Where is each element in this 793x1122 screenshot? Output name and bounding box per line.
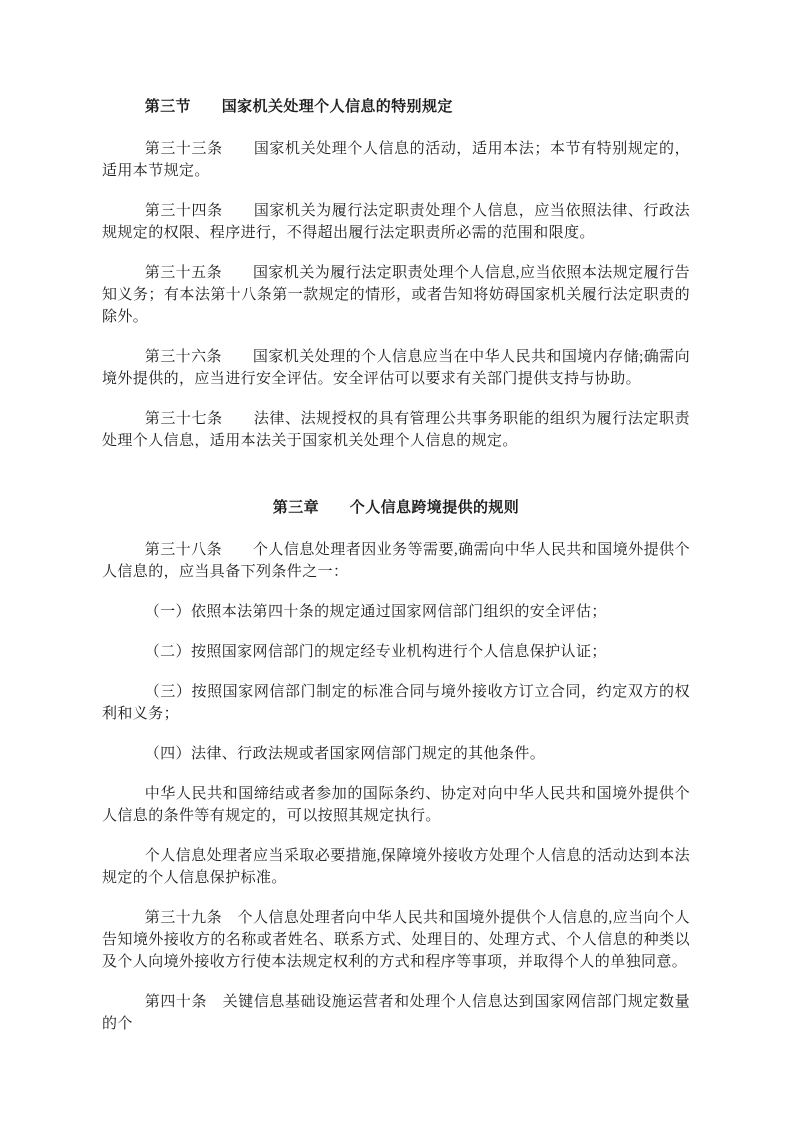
article-37: 第三十七条 法律、法规授权的具有管理公共事务职能的组织为履行法定职责处理个人信息… [102, 408, 690, 452]
article-36: 第三十六条 国家机关处理的个人信息应当在中华人民共和国境内存储;确需向境外提供的… [102, 346, 690, 390]
article-38-item-3: （三）按照国家网信部门制定的标准合同与境外接收方订立合同，约定双方的权利和义务； [102, 681, 690, 725]
document-page: 第三节 国家机关处理个人信息的特别规定 第三十三条 国家机关处理个人信息的活动，… [0, 0, 793, 1122]
article-34: 第三十四条 国家机关为履行法定职责处理个人信息，应当依照法律、行政法规规定的权限… [102, 200, 690, 244]
article-39: 第三十九条 个人信息处理者向中华人民共和国境外提供个人信息的,应当向个人告知境外… [102, 907, 690, 973]
article-38-paragraph-2: 中华人民共和国缔结或者参加的国际条约、协定对向中华人民共和国境外提供个人信息的条… [102, 783, 690, 827]
article-38-paragraph-3: 个人信息处理者应当采取必要措施,保障境外接收方处理个人信息的活动达到本法规定的个… [102, 845, 690, 889]
article-35: 第三十五条 国家机关为履行法定职责处理个人信息,应当依照本法规定履行告知义务；有… [102, 262, 690, 328]
article-33: 第三十三条 国家机关处理个人信息的活动，适用本法；本节有特别规定的，适用本节规定… [102, 138, 690, 182]
section-3-heading: 第三节 国家机关处理个人信息的特别规定 [102, 96, 690, 118]
article-38-item-1: （一）依照本法第四十条的规定通过国家网信部门组织的安全评估； [102, 601, 690, 623]
chapter-3-heading: 第三章 个人信息跨境提供的规则 [102, 497, 690, 519]
article-40-partial: 第四十条 关键信息基础设施运营者和处理个人信息达到国家网信部门规定数量的个 [102, 991, 690, 1035]
article-38-item-4: （四）法律、行政法规或者国家网信部门规定的其他条件。 [102, 743, 690, 765]
article-38-item-2: （二）按照国家网信部门的规定经专业机构进行个人信息保护认证； [102, 641, 690, 663]
article-38: 第三十八条 个人信息处理者因业务等需要,确需向中华人民共和国境外提供个人信息的，… [102, 539, 690, 583]
